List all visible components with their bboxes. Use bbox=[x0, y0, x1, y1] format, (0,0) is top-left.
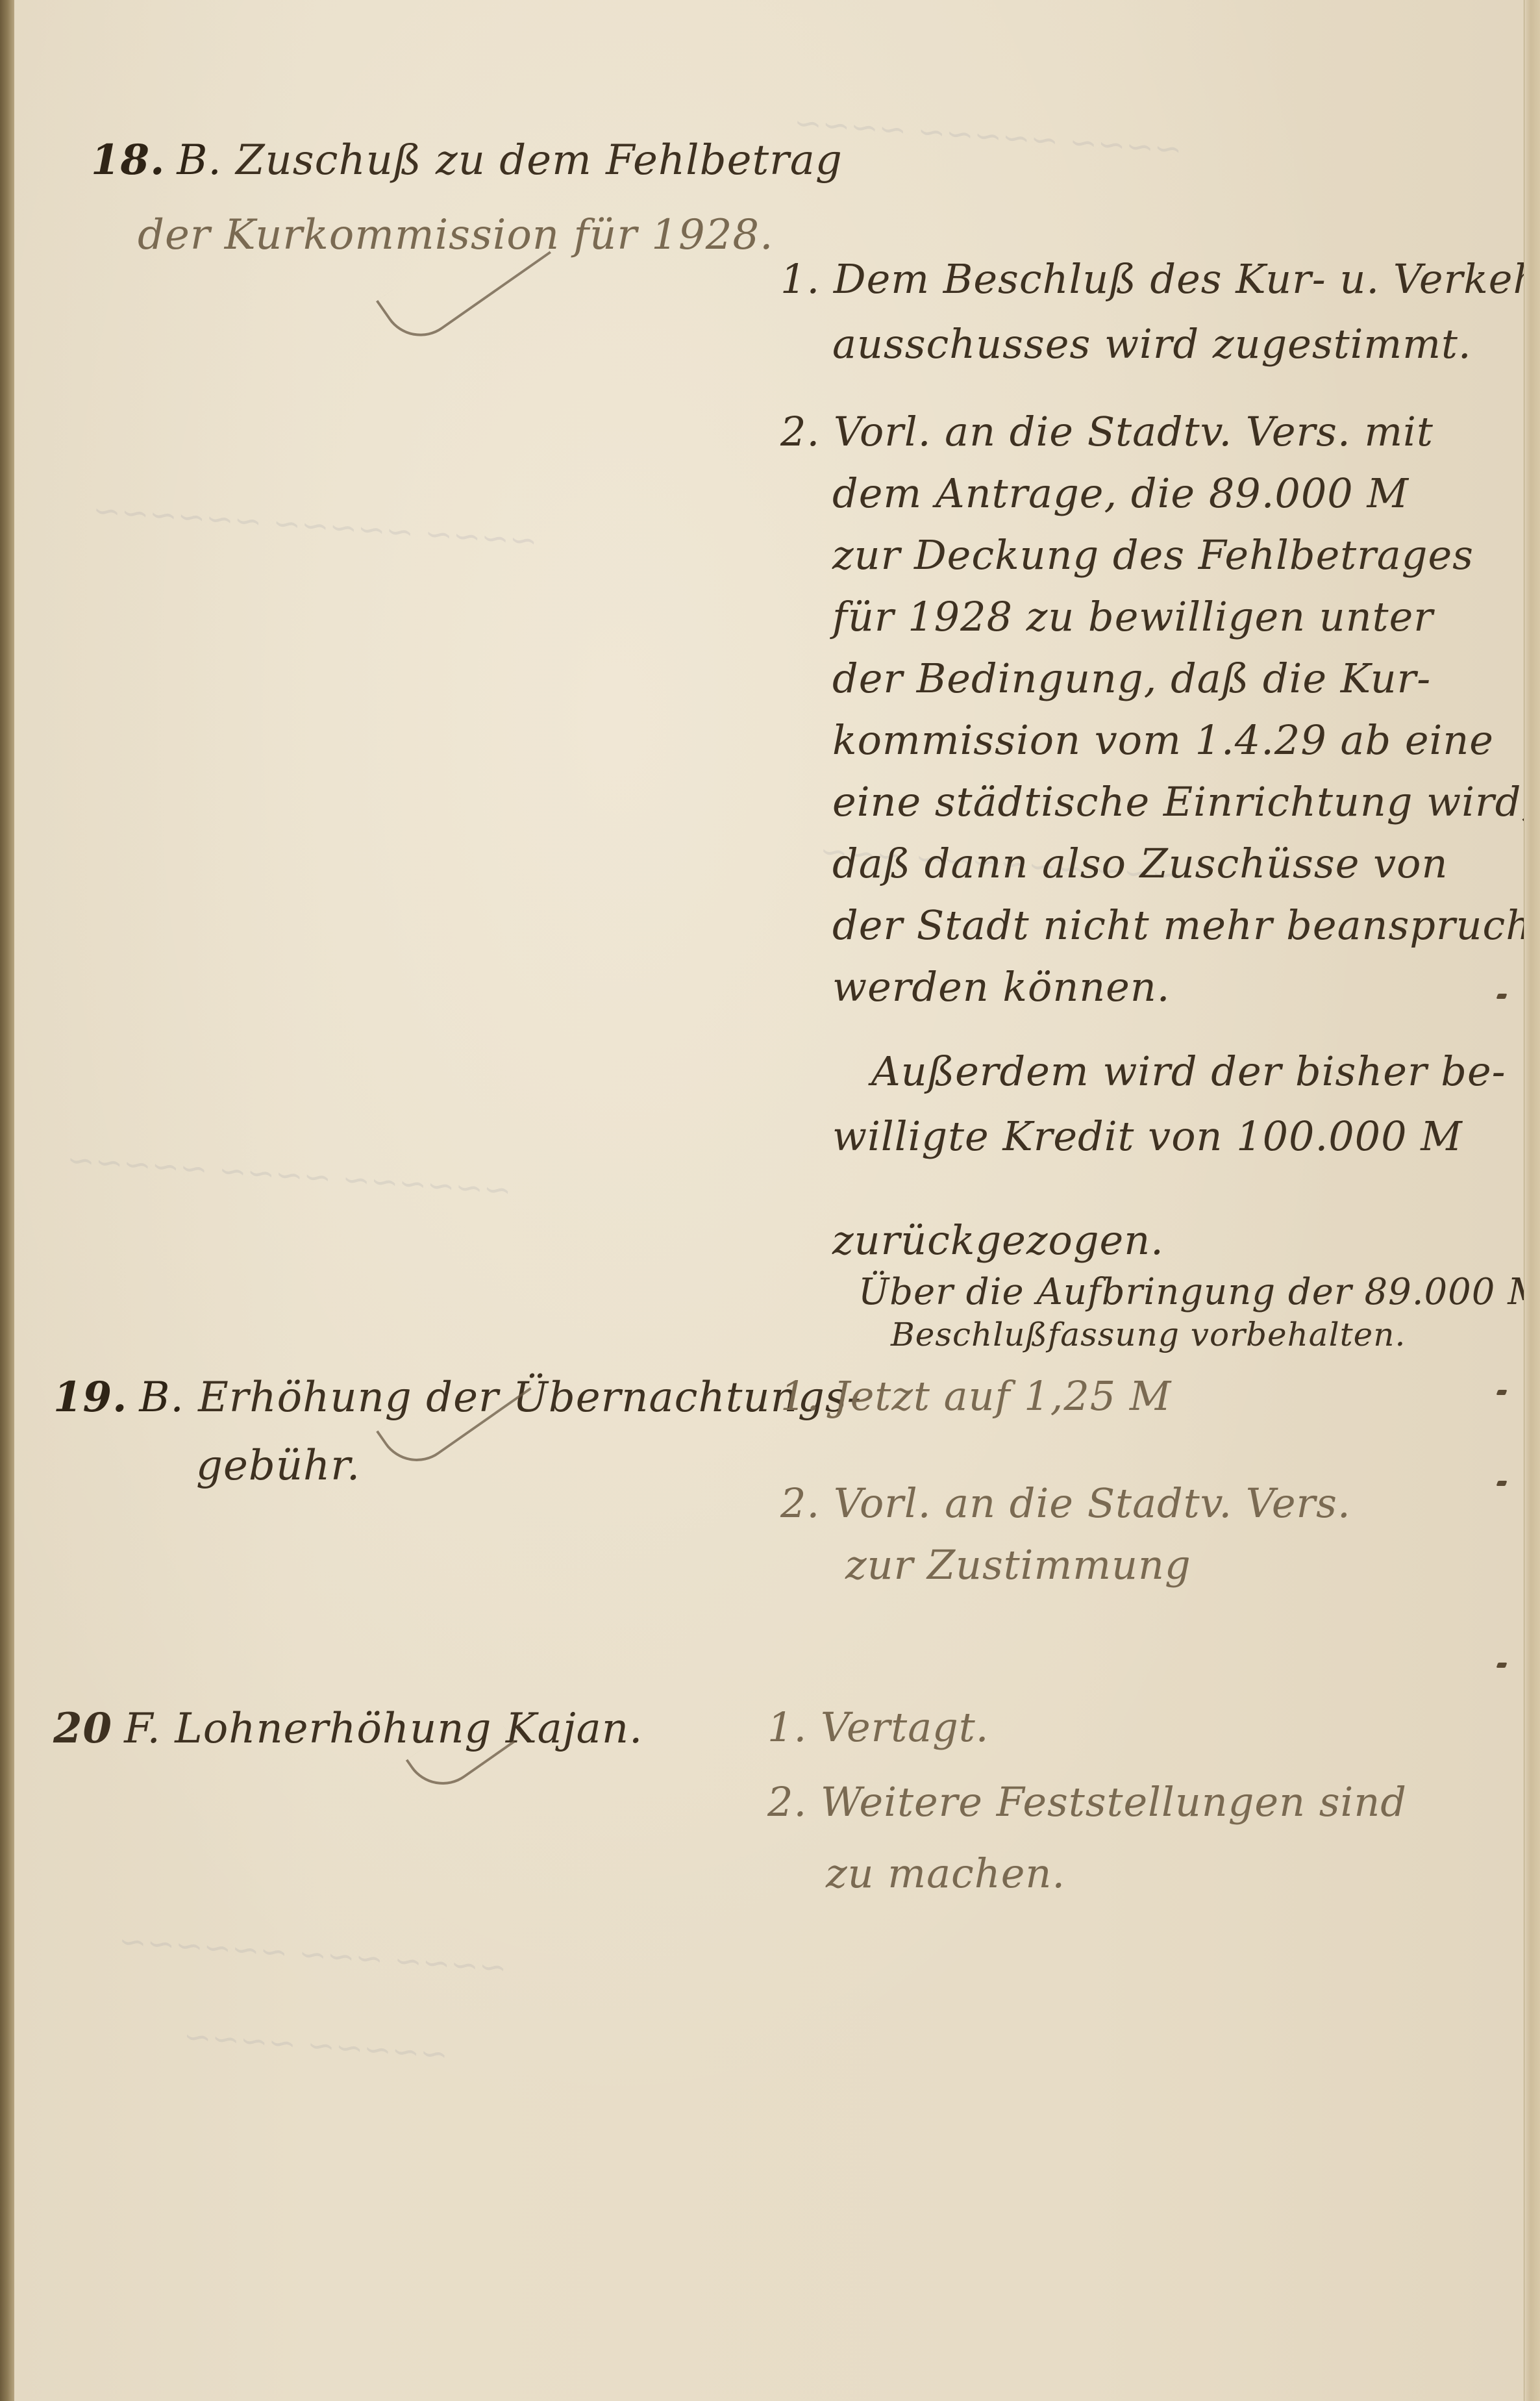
item-title-line: Erhöhung der Übernachtungs- bbox=[198, 1374, 862, 1422]
item-title-line: Zuschuß zu dem Fehlbetrag bbox=[236, 136, 843, 184]
edge-mark bbox=[1497, 1663, 1508, 1668]
bleed-through: ~~~~ ~~~ ~~~~~~ bbox=[118, 1922, 508, 1988]
resolution-line: 1. Dem Beschluß des Kur- u. Verkehrs- bbox=[780, 253, 1540, 305]
agenda-item-19-line2: gebühr. bbox=[196, 1439, 360, 1493]
resolution-line: willigte Kredit von 100.000 M bbox=[832, 1111, 1463, 1163]
resolution-line: kommission vom 1.4.29 ab eine bbox=[832, 714, 1494, 766]
edge-mark bbox=[1497, 994, 1508, 999]
resolution-line: Außerdem wird der bisher be- bbox=[871, 1046, 1506, 1098]
item-letter: B. bbox=[139, 1374, 184, 1422]
resolution-line: dem Antrage, die 89.000 M bbox=[832, 468, 1409, 520]
resolution-line: zur Deckung des Fehlbetrages bbox=[832, 529, 1474, 581]
book-binding-left bbox=[0, 0, 14, 2401]
resolution-line: der Bedingung, daß die Kur- bbox=[832, 653, 1431, 705]
item-letter: B. bbox=[177, 136, 221, 184]
resolution-line: für 1928 zu bewilligen unter bbox=[832, 591, 1434, 643]
resolution-line: 1. Jetzt auf 1,25 M bbox=[780, 1370, 1171, 1422]
agenda-item-18: 18.B. Zuschuß zu dem Fehlbetrag bbox=[91, 133, 843, 188]
resolution-note: Beschlußfassung vorbehalten. bbox=[891, 1309, 1406, 1361]
item-title-line: Lohnerhöhung Kajan. bbox=[175, 1705, 643, 1753]
resolution-line: 2. Vorl. an die Stadtv. Vers. mit bbox=[780, 406, 1434, 458]
resolution-line: 1. Vertagt. bbox=[767, 1702, 989, 1754]
item-title-line: gebühr. bbox=[196, 1442, 360, 1490]
item-letter: F. bbox=[124, 1705, 161, 1753]
resolution-line: der Stadt nicht mehr beansprucht bbox=[832, 899, 1540, 951]
agenda-item-20: 20F. Lohnerhöhung Kajan. bbox=[53, 1702, 643, 1756]
resolution-line: 2. Vorl. an die Stadtv. Vers. bbox=[780, 1477, 1351, 1529]
item-number: 18. bbox=[91, 136, 165, 184]
bleed-through: ~~~~~~ ~~~~ ~~~~~ bbox=[66, 1140, 513, 1211]
resolution-line: zur Zustimmung bbox=[845, 1539, 1191, 1591]
item-number: 19. bbox=[53, 1373, 127, 1422]
resolution-line: ausschusses wird zugestimmt. bbox=[832, 318, 1472, 370]
book-binding-right bbox=[1524, 0, 1540, 2401]
item-number: 20 bbox=[53, 1704, 112, 1753]
resolution-line: werden können. bbox=[832, 961, 1171, 1013]
bleed-through: ~~~~ ~~~~~ ~~~~ bbox=[793, 103, 1184, 170]
edge-mark bbox=[1497, 1481, 1508, 1486]
bleed-through: ~~~~~ ~~~~ bbox=[182, 2017, 449, 2074]
resolution-line: zu machen. bbox=[826, 1848, 1065, 1900]
resolution-line: daß dann also Zuschüsse von bbox=[832, 838, 1448, 890]
resolution-line: zurückgezogen. bbox=[832, 1214, 1164, 1266]
ledger-page: ~~~~ ~~~~~ ~~~~ ~~~~ ~~~~~ ~~~~~~ ~~~ ~~… bbox=[14, 0, 1524, 2401]
edge-mark bbox=[1497, 1390, 1508, 1395]
bleed-through: ~~~~ ~~~~~ ~~~~~~ bbox=[92, 491, 539, 561]
resolution-line: 2. Weitere Feststellungen sind bbox=[767, 1776, 1407, 1828]
resolution-line: eine städtische Einrichtung wird, bbox=[832, 776, 1535, 828]
